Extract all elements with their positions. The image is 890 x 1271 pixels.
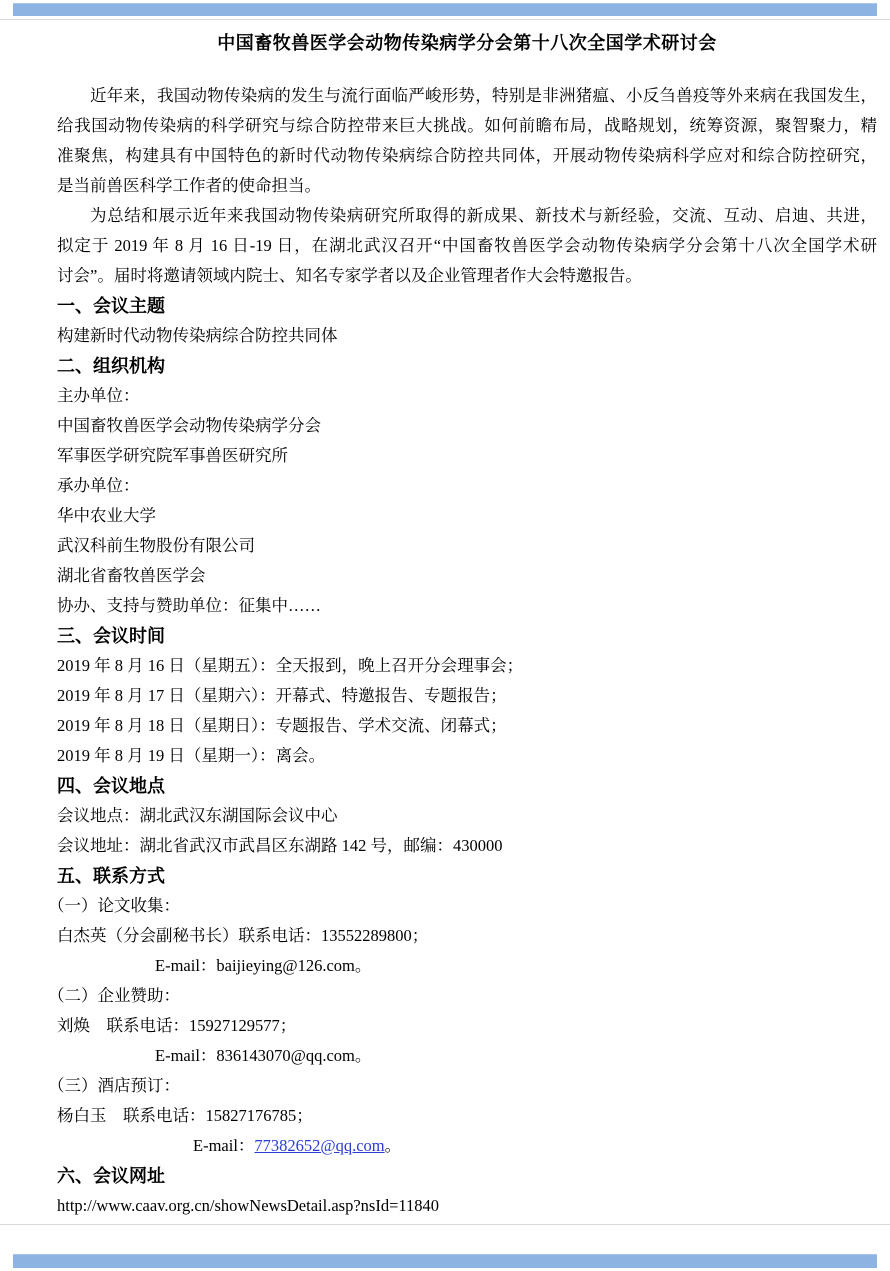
hotel-label: （三）酒店预订： [48, 1071, 877, 1101]
hotel-email-link[interactable]: 77382652@qq.com [254, 1136, 384, 1155]
conference-url: http://www.caav.org.cn/showNewsDetail.as… [57, 1191, 877, 1221]
hotel-contact-line: 杨白玉 联系电话：15827176785； [57, 1101, 877, 1131]
section-heading-website: 六、会议网址 [57, 1161, 877, 1191]
document-title: 中国畜牧兽医学会动物传染病学分会第十八次全国学术研讨会 [57, 30, 877, 56]
paragraph-line: 讨会”。届时将邀请领域内院士、知名专家学者以及企业管理者作大会特邀报告。 [57, 261, 877, 291]
organizer-organization: 武汉科前生物股份有限公司 [57, 531, 877, 561]
host-organization: 军事医学研究院军事兽医研究所 [57, 441, 877, 471]
sponsor-contact-line: 刘焕 联系电话：15927129577； [57, 1011, 877, 1041]
section-heading-venue: 四、会议地点 [57, 771, 877, 801]
section-heading-schedule: 三、会议时间 [57, 621, 877, 651]
organizer-organization: 华中农业大学 [57, 501, 877, 531]
hotel-email-line: E-mail：77382652@qq.com。 [57, 1131, 877, 1161]
paper-collection-label: （一）论文收集： [48, 891, 877, 921]
schedule-day-1: 2019 年 8 月 16 日（星期五）：全天报到，晚上召开分会理事会； [57, 651, 877, 681]
section-heading-theme: 一、会议主题 [57, 291, 877, 321]
organizer-organization: 湖北省畜牧兽医学会 [57, 561, 877, 591]
schedule-day-2: 2019 年 8 月 17 日（星期六）：开幕式、特邀报告、专题报告； [57, 681, 877, 711]
paragraph-line: 给我国动物传染病的科学研究与综合防控带来巨大挑战。如何前瞻布局，战略规划，统筹资… [57, 111, 877, 141]
document-content: 中国畜牧兽医学会动物传染病学分会第十八次全国学术研讨会 近年来，我国动物传染病的… [57, 30, 877, 1221]
co-organizer-line: 协办、支持与赞助单位：征集中…… [57, 591, 877, 621]
paper-email-line: E-mail：baijieying@126.com。 [57, 951, 877, 981]
top-accent-bar [13, 3, 877, 16]
hotel-email-label: E-mail： [193, 1136, 254, 1155]
bottom-accent-bar [13, 1254, 877, 1268]
host-organization: 中国畜牧兽医学会动物传染病学分会 [57, 411, 877, 441]
intro-paragraph-2: 为总结和展示近年来我国动物传染病研究所取得的新成果、新技术与新经验，交流、互动、… [57, 201, 877, 291]
schedule-day-4: 2019 年 8 月 19 日（星期一）：离会。 [57, 741, 877, 771]
document-page: 中国畜牧兽医学会动物传染病学分会第十八次全国学术研讨会 近年来，我国动物传染病的… [0, 0, 890, 1271]
header-rule [0, 19, 890, 20]
venue-name-line: 会议地点：湖北武汉东湖国际会议中心 [57, 801, 877, 831]
intro-paragraph-1: 近年来，我国动物传染病的发生与流行面临严峻形势，特别是非洲猪瘟、小反刍兽疫等外来… [57, 81, 877, 201]
paragraph-line: 拟定于 2019 年 8 月 16 日-19 日，在湖北武汉召开“中国畜牧兽医学… [57, 231, 877, 261]
paragraph-line: 准聚焦，构建具有中国特色的新时代动物传染病综合防控共同体，开展动物传染病科学应对… [57, 141, 877, 171]
paragraph-line: 近年来，我国动物传染病的发生与流行面临严峻形势，特别是非洲猪瘟、小反刍兽疫等外来… [57, 81, 877, 111]
hotel-email-suffix: 。 [385, 1136, 402, 1155]
host-label: 主办单位： [57, 381, 877, 411]
section-heading-contacts: 五、联系方式 [57, 861, 877, 891]
conference-theme: 构建新时代动物传染病综合防控共同体 [57, 321, 877, 351]
sponsor-label: （二）企业赞助： [48, 981, 877, 1011]
venue-address-line: 会议地址：湖北省武汉市武昌区东湖路 142 号，邮编：430000 [57, 831, 877, 861]
paper-contact-line: 白杰英（分会副秘书长）联系电话：13552289800； [57, 921, 877, 951]
organizer-label: 承办单位： [57, 471, 877, 501]
paragraph-line: 是当前兽医科学工作者的使命担当。 [57, 171, 877, 201]
schedule-day-3: 2019 年 8 月 18 日（星期日）：专题报告、学术交流、闭幕式； [57, 711, 877, 741]
sponsor-email-line: E-mail：836143070@qq.com。 [57, 1041, 877, 1071]
footer-rule [0, 1224, 890, 1225]
section-heading-organization: 二、组织机构 [57, 351, 877, 381]
paragraph-line: 为总结和展示近年来我国动物传染病研究所取得的新成果、新技术与新经验，交流、互动、… [57, 201, 877, 231]
